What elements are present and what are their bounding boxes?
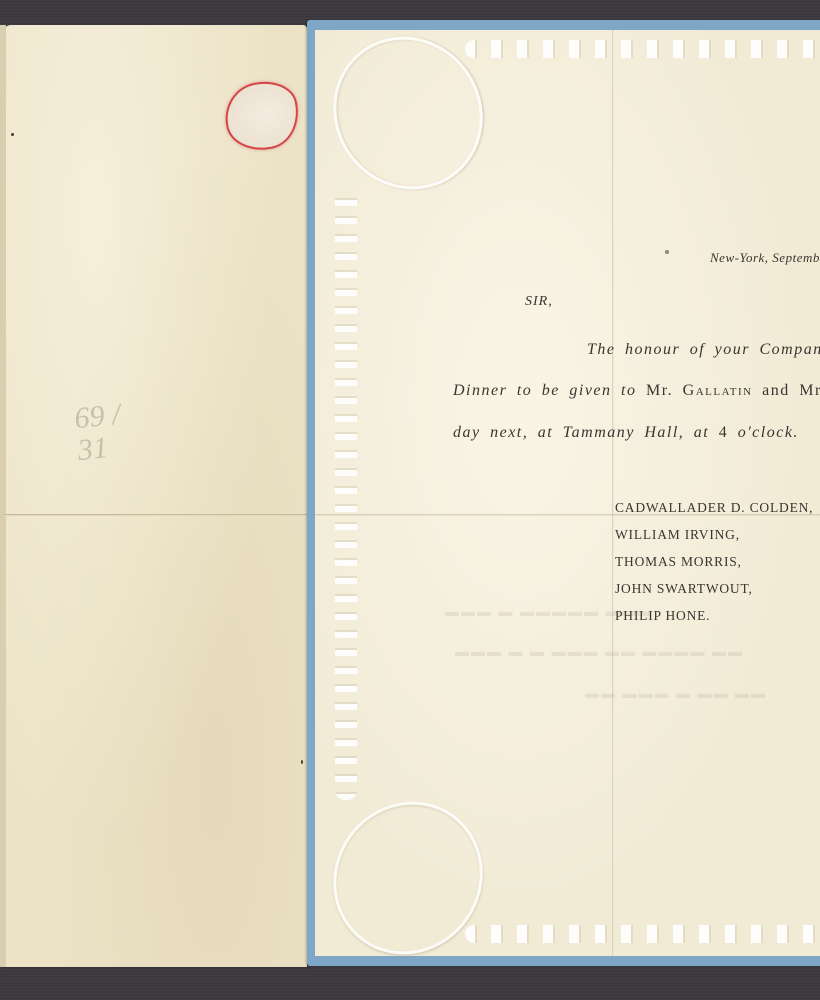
embossed-vine-border-top xyxy=(465,40,820,58)
invitation-text: Dinner to be given to xyxy=(453,382,636,399)
embossed-cherub-medallion-bottom xyxy=(303,772,512,984)
vertical-fold xyxy=(612,30,614,956)
dateline: New-York, Septembe xyxy=(710,250,820,266)
honorific: Mr. xyxy=(646,382,673,399)
guest-name-2-truncated: Mr. C xyxy=(799,382,820,399)
invitation-line-3: day next, at Tammany Hall, at 4 o'clock. xyxy=(453,424,799,442)
invitation-line-2: Dinner to be given to Mr. Gallatin and M… xyxy=(453,382,820,400)
invitation-page: ▬▬▬ ▬ ▬▬▬▬▬ ▬▬▬ ▬▬▬ ▬ ▬ ▬▬▬ ▬▬ ▬▬▬▬ ▬▬ ▬… xyxy=(307,20,820,966)
invitation-text: o'clock. xyxy=(738,424,799,441)
invitation-text: at xyxy=(694,424,709,441)
guest-name-gallatin: Gallatin xyxy=(683,382,753,399)
ink-speck xyxy=(301,760,303,764)
left-page: 69 / 31 xyxy=(3,25,307,967)
embossed-vine-border-left xyxy=(335,190,357,800)
pencil-annotation: 69 / 31 xyxy=(73,397,143,503)
conjunction: and xyxy=(762,382,790,399)
invitation-line-1: The honour of your Company is xyxy=(587,341,820,359)
ink-speck xyxy=(665,250,669,254)
salutation: SIR, xyxy=(525,294,553,310)
embossed-vine-border-bottom xyxy=(465,925,820,943)
committee-member: CADWALLADER D. COLDEN, xyxy=(615,494,813,521)
committee-member: THOMAS MORRIS, xyxy=(615,548,813,575)
page-edge xyxy=(0,25,6,967)
ink-speck xyxy=(11,133,14,136)
committee-member: PHILIP HONE. xyxy=(615,602,813,629)
invitation-text: The honour of your Company is xyxy=(587,341,820,358)
committee-list: CADWALLADER D. COLDEN, WILLIAM IRVING, T… xyxy=(615,494,813,629)
wax-seal-stain xyxy=(219,75,306,157)
committee-member: JOHN SWARTWOUT, xyxy=(615,575,813,602)
venue: Tammany Hall, xyxy=(563,424,685,441)
horizontal-fold xyxy=(3,514,307,516)
committee-member: WILLIAM IRVING, xyxy=(615,521,813,548)
invitation-text: day next, at xyxy=(453,424,553,441)
hour: 4 xyxy=(719,424,729,441)
embossed-cherub-medallion-top xyxy=(303,7,512,219)
bleed-through-text: ▬▬▬ ▬ ▬ ▬▬▬ ▬▬ ▬▬▬▬ ▬▬ xyxy=(455,645,744,661)
bleed-through-text: ▬▬ ▬▬▬ ▬ ▬▬ ▬▬ xyxy=(585,687,767,703)
invitation-paper: ▬▬▬ ▬ ▬▬▬▬▬ ▬▬▬ ▬▬▬ ▬ ▬ ▬▬▬ ▬▬ ▬▬▬▬ ▬▬ ▬… xyxy=(315,30,820,956)
